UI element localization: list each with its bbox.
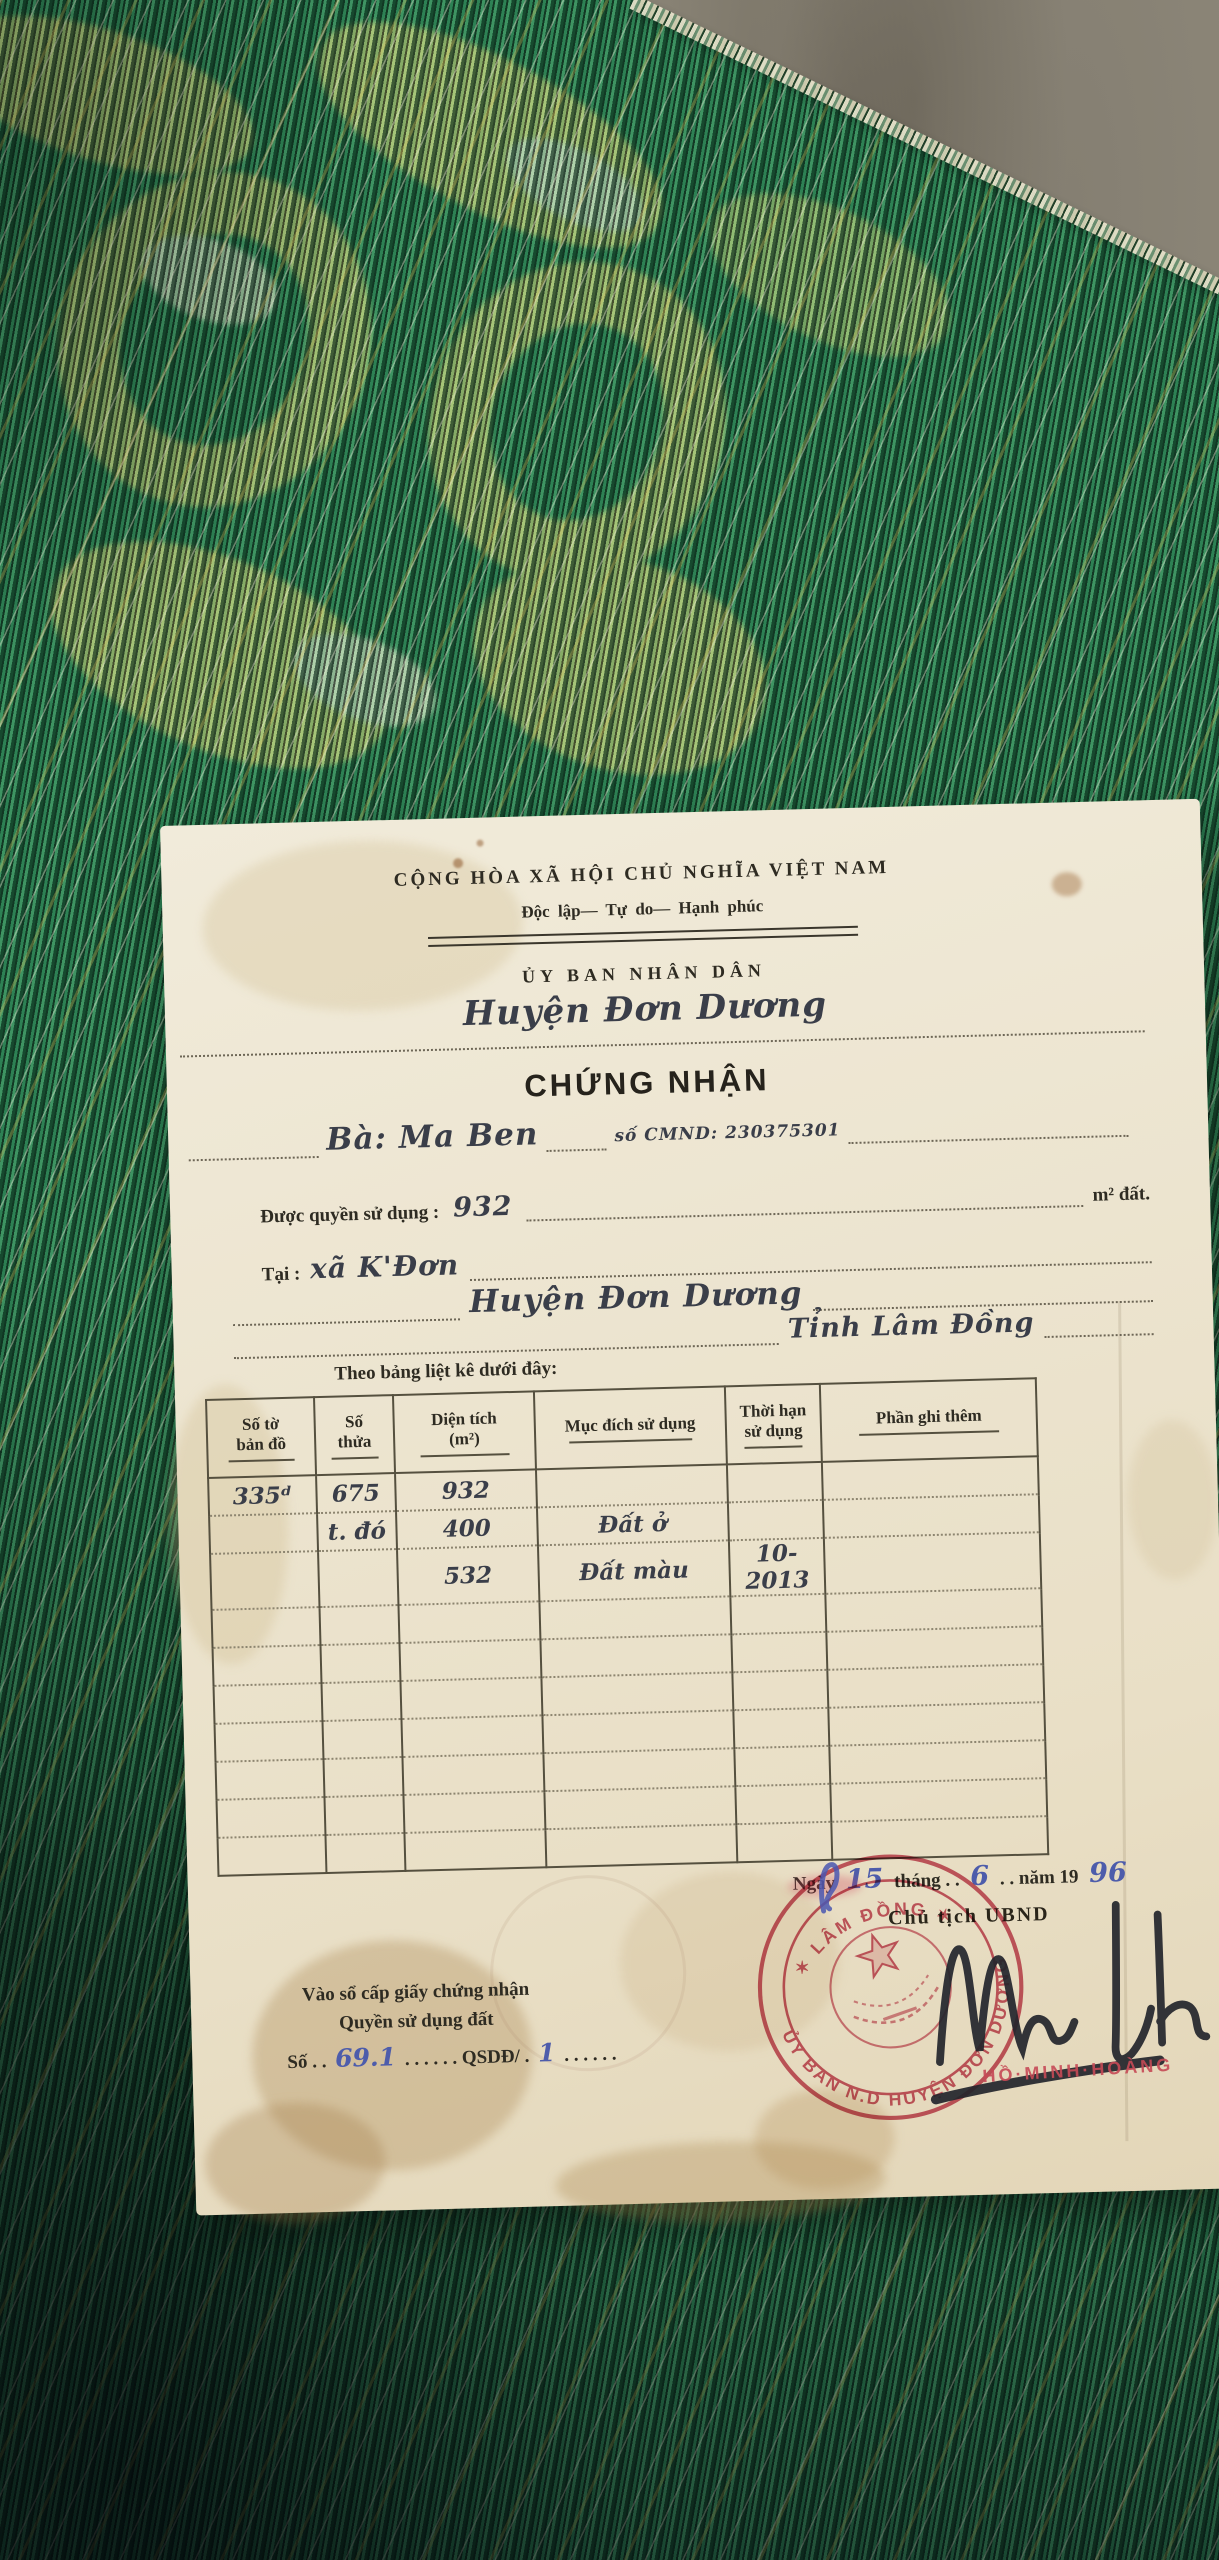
table-cell xyxy=(540,1634,732,1677)
holder-line: Bà: Ma Ben số CMND: 230375301 xyxy=(188,1101,1129,1162)
table-cell xyxy=(318,1549,398,1607)
registry-so-label: Số . . xyxy=(287,2051,327,2073)
registry-tail: . . . . . . xyxy=(564,2043,617,2065)
table-cell xyxy=(399,1639,541,1681)
table-cell xyxy=(536,1464,728,1507)
table-cell xyxy=(734,1746,830,1786)
table-cell: 335ᵈ xyxy=(208,1475,317,1516)
granted-area-line: Được quyền sử dụng : 932 m² đất. xyxy=(260,1174,1151,1228)
table-cell xyxy=(727,1462,823,1502)
certificate-document: CỘNG HÒA XÃ HỘI CHỦ NGHĨA VIỆT NAM Độc l… xyxy=(160,799,1219,2216)
table-cell xyxy=(541,1672,733,1715)
cert-table: Số tờbản đồSốthửaDiện tích(m²)Mục đích s… xyxy=(205,1377,1049,1877)
dotted-leader xyxy=(547,1144,607,1152)
table-cell xyxy=(324,1795,404,1835)
dotted-leader xyxy=(849,1131,1129,1144)
table-cell xyxy=(402,1753,544,1795)
table-cell xyxy=(212,1607,321,1648)
table-cell xyxy=(735,1784,831,1824)
table-cell: 675 xyxy=(316,1473,396,1513)
table-intro-text: Theo bảng liệt kê dưới đây: xyxy=(334,1358,558,1386)
table-cell xyxy=(400,1677,542,1719)
table-cell: 532 xyxy=(397,1545,540,1605)
table-cell xyxy=(822,1456,1039,1500)
table-cell xyxy=(830,1778,1047,1822)
table-cell xyxy=(218,1835,327,1876)
table-cell xyxy=(209,1513,318,1554)
dotted-leader xyxy=(1045,1329,1154,1338)
granted-area-value-handwritten: 932 xyxy=(439,1191,527,1224)
table-cell: 932 xyxy=(395,1469,537,1511)
registry-so-value-handwritten: 69.1 xyxy=(331,2042,401,2073)
table-cell xyxy=(545,1824,737,1867)
table-header-cell: Phần ghi thêm xyxy=(820,1378,1038,1462)
table-cell xyxy=(404,1829,546,1871)
table-cell xyxy=(826,1626,1043,1670)
table-header-cell: Mục đích sử dụng xyxy=(534,1386,727,1469)
table-cell xyxy=(322,1719,402,1759)
granted-area-label: Được quyền sử dụng : xyxy=(260,1202,440,1229)
table-cell xyxy=(542,1710,734,1753)
table-cell: Đất màu xyxy=(538,1540,730,1601)
holder-name-handwritten: Bà: Ma Ben xyxy=(318,1116,547,1158)
table-cell xyxy=(733,1708,829,1748)
table-cell xyxy=(730,1594,826,1634)
table-header-cell: Sốthửa xyxy=(314,1395,395,1475)
dotted-leader xyxy=(234,1339,778,1359)
paper-stain xyxy=(204,2101,387,2226)
table-cell xyxy=(325,1833,405,1873)
table-cell xyxy=(728,1500,824,1540)
cert-table-body: 335ᵈ675932t. đó400Đất ở532Đất màu10-2013 xyxy=(208,1456,1048,1876)
table-cell: 400 xyxy=(396,1507,538,1549)
location-label: Tại : xyxy=(262,1263,301,1286)
table-cell xyxy=(319,1605,399,1645)
holder-id-handwritten: số CMND: 230375301 xyxy=(606,1120,849,1150)
location-province-handwritten: Tỉnh Lâm Đồng xyxy=(778,1307,1045,1345)
photo-of-land-certificate: CỘNG HÒA XÃ HỘI CHỦ NGHĨA VIỆT NAM Độc l… xyxy=(0,0,1219,2560)
table-cell xyxy=(823,1494,1040,1538)
table-cell xyxy=(401,1715,543,1757)
table-cell xyxy=(214,1683,323,1724)
table-cell xyxy=(825,1588,1042,1632)
table-cell xyxy=(215,1721,324,1762)
table-cell xyxy=(210,1551,319,1610)
table-header-cell: Thời hạnsử dụng xyxy=(725,1384,822,1464)
table-header-cell: Số tờbản đồ xyxy=(206,1397,316,1478)
table-cell xyxy=(217,1797,326,1838)
blue-pen-mark xyxy=(812,1858,848,1919)
table-cell xyxy=(398,1601,540,1643)
location-commune-handwritten: xã K'Đơn xyxy=(300,1248,470,1285)
table-cell xyxy=(403,1791,545,1833)
table-cell xyxy=(213,1645,322,1686)
table-cell xyxy=(543,1748,735,1791)
table-cell xyxy=(828,1702,1045,1746)
registry-book-value-handwritten: 1 xyxy=(534,2038,560,2068)
table-cell xyxy=(321,1681,401,1721)
paper-stain xyxy=(1126,1419,1219,1581)
table-cell xyxy=(829,1740,1046,1784)
table-cell xyxy=(320,1643,400,1683)
dotted-leader xyxy=(527,1201,1083,1222)
table-cell xyxy=(323,1757,403,1797)
table-cell xyxy=(732,1670,828,1710)
table-cell: Đất ở xyxy=(537,1502,729,1545)
table-cell xyxy=(544,1786,736,1829)
table-cell xyxy=(731,1632,827,1672)
registry-mid: . . . . . . QSDĐ/ . xyxy=(405,2046,530,2070)
table-cell xyxy=(827,1664,1044,1708)
table-cell: t. đó xyxy=(317,1511,397,1551)
table-cell xyxy=(736,1822,832,1862)
dotted-leader xyxy=(189,1152,319,1161)
granted-area-unit: m² đất. xyxy=(1082,1183,1150,1207)
table-cell xyxy=(216,1759,325,1800)
table-cell: 10-2013 xyxy=(729,1538,826,1596)
table-cell xyxy=(539,1596,731,1639)
table-cell xyxy=(824,1532,1041,1594)
paper-stain xyxy=(476,840,483,847)
table-header-cell: Diện tích(m²) xyxy=(393,1391,536,1473)
signature-ink xyxy=(911,1867,1219,2132)
